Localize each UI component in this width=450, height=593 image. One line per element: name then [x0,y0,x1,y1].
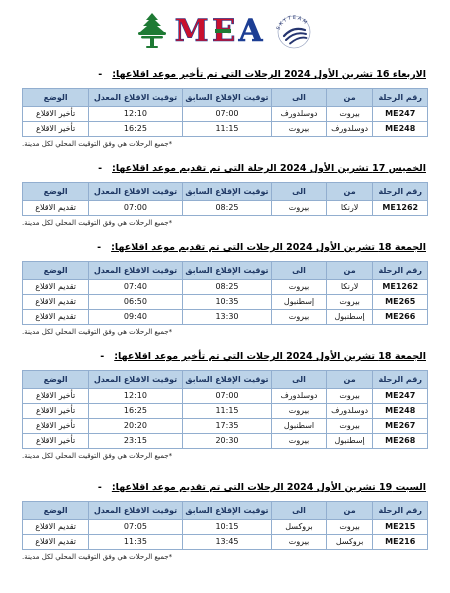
from-cell: بيروت [326,295,373,310]
previous-time-cell: 13:30 [182,310,272,325]
table-row: ME1262 لارنكا بيروت 08:25 07:40 تقديم ال… [23,280,428,295]
from-cell: لارنكا [326,201,373,216]
to-cell: بيروت [272,201,327,216]
flight-number-cell: ME248 [373,122,428,137]
table-row: ME247 بيروت دوسلدورف 07:00 12:10 تأخير ا… [23,107,428,122]
col-header-status: الوضع [23,371,89,389]
to-cell: دوسلدورف [272,389,327,404]
new-time-cell: 07:05 [89,520,182,535]
local-time-footnote: *جميع الرحلات هي وفق التوقيت المحلي لكل … [22,219,426,227]
new-time-cell: 11:35 [89,535,182,550]
previous-time-cell: 07:00 [182,107,272,122]
flight-number-cell: ME1262 [373,201,428,216]
from-cell: بيروت [326,107,373,122]
from-cell: لارنكا [326,280,373,295]
heading-text: الاربعاء 16 تشرين الأول 2024 الرحلات الت… [112,69,426,80]
col-header-new-time: توقيت الاقلاع المعدل [89,183,182,201]
from-cell: بيروت [326,419,373,434]
new-time-cell: 12:10 [89,107,182,122]
col-header-from: من [326,183,373,201]
previous-time-cell: 08:25 [182,201,272,216]
section-heading: - الاربعاء 16 تشرين الأول 2024 الرحلات ا… [22,69,426,80]
heading-dash: - [98,69,102,80]
status-cell: تقديم الاقلاع [23,280,89,295]
status-cell: تأخير الاقلاع [23,107,89,122]
to-cell: بروكسل [272,520,327,535]
from-cell: إسطنبول [326,434,373,449]
table-header-row: رقم الرحلة من الى توقيت الإقلاع السابق ت… [23,89,428,107]
local-time-footnote: *جميع الرحلات هي وفق التوقيت المحلي لكل … [22,452,426,460]
table-row: ME267 بيروت اسطنبول 17:35 20:20 تأخير ال… [23,419,428,434]
to-cell: بيروت [272,310,327,325]
from-cell: بيروت [326,520,373,535]
section-oct18-delayed: - الجمعة 18 تشرين الأول 2024 الرحلات الت… [22,351,428,460]
section-heading: - الجمعة 18 تشرين الأول 2024 الرحلات الت… [22,351,426,362]
new-time-cell: 16:25 [89,122,182,137]
heading-text: الخميس 17 تشرين الأول 2024 الرحلة التي ت… [112,163,426,174]
to-cell: دوسلدورف [272,107,327,122]
from-cell: بروكسل [326,535,373,550]
col-header-status: الوضع [23,183,89,201]
col-header-flight-number: رقم الرحلة [373,183,428,201]
section-oct19-advanced: - السبت 19 تشرين الأول 2024 الرحلات التي… [22,482,428,561]
heading-dash: - [100,351,104,362]
flights-table: رقم الرحلة من الى توقيت الإقلاع السابق ت… [22,370,428,449]
new-time-cell: 06:50 [89,295,182,310]
mea-wordmark: MEA [174,16,265,47]
section-heading: - الخميس 17 تشرين الأول 2024 الرحلة التي… [22,163,426,174]
table-row: ME248 دوسلدورف بيروت 11:15 16:25 تأخير ا… [23,404,428,419]
to-cell: بيروت [272,280,327,295]
table-row: ME268 إسطنبول بيروت 20:30 23:15 تأخير ال… [23,434,428,449]
section-heading: - الجمعة 18 تشرين الأول 2024 الرحلات الت… [22,242,426,253]
heading-dash: - [98,482,102,493]
skyteam-logo-icon: SKYTEAM [274,11,314,51]
col-header-to: الى [272,502,327,520]
col-header-previous-time: توقيت الإقلاع السابق [182,89,272,107]
new-time-cell: 20:20 [89,419,182,434]
to-cell: بيروت [272,122,327,137]
col-header-new-time: توقيت الاقلاع المعدل [89,262,182,280]
col-header-from: من [326,89,373,107]
status-cell: تأخير الاقلاع [23,389,89,404]
flight-number-cell: ME247 [373,389,428,404]
mea-letter-a: A [238,16,265,47]
col-header-previous-time: توقيت الإقلاع السابق [182,183,272,201]
table-header-row: رقم الرحلة من الى توقيت الإقلاع السابق ت… [23,502,428,520]
flight-number-cell: ME268 [373,434,428,449]
col-header-new-time: توقيت الاقلاع المعدل [89,502,182,520]
previous-time-cell: 13:45 [182,535,272,550]
col-header-flight-number: رقم الرحلة [373,89,428,107]
new-time-cell: 16:25 [89,404,182,419]
flight-number-cell: ME215 [373,520,428,535]
new-time-cell: 12:10 [89,389,182,404]
table-row: ME265 بيروت إسطنبول 10:35 06:50 تقديم ال… [23,295,428,310]
section-heading: - السبت 19 تشرين الأول 2024 الرحلات التي… [22,482,426,493]
status-cell: تقديم الاقلاع [23,310,89,325]
col-header-to: الى [272,371,327,389]
col-header-status: الوضع [23,89,89,107]
to-cell: إسطنبول [272,295,327,310]
local-time-footnote: *جميع الرحلات هي وفق التوقيت المحلي لكل … [22,140,426,148]
col-header-to: الى [272,183,327,201]
heading-text: الجمعة 18 تشرين الأول 2024 الرحلات التي … [114,351,426,362]
section-oct16-delayed: - الاربعاء 16 تشرين الأول 2024 الرحلات ا… [22,69,428,148]
col-header-from: من [326,502,373,520]
col-header-flight-number: رقم الرحلة [373,262,428,280]
to-cell: بيروت [272,535,327,550]
status-cell: تأخير الاقلاع [23,404,89,419]
from-cell: دوسلدورف [326,122,373,137]
status-cell: تأخير الاقلاع [23,434,89,449]
status-cell: تقديم الاقلاع [23,520,89,535]
heading-text: السبت 19 تشرين الأول 2024 الرحلات التي ت… [112,482,426,493]
col-header-status: الوضع [23,262,89,280]
previous-time-cell: 20:30 [182,434,272,449]
col-header-previous-time: توقيت الإقلاع السابق [182,371,272,389]
section-oct17-advanced: - الخميس 17 تشرين الأول 2024 الرحلة التي… [22,163,428,227]
table-row: ME248 دوسلدورف بيروت 11:15 16:25 تأخير ا… [23,122,428,137]
to-cell: اسطنبول [272,419,327,434]
flight-number-cell: ME247 [373,107,428,122]
table-row: ME215 بيروت بروكسل 10:15 07:05 تقديم الا… [23,520,428,535]
flights-table: رقم الرحلة من الى توقيت الإقلاع السابق ت… [22,501,428,550]
status-cell: تأخير الاقلاع [23,122,89,137]
previous-time-cell: 10:35 [182,295,272,310]
from-cell: دوسلدورف [326,404,373,419]
col-header-previous-time: توقيت الإقلاع السابق [182,502,272,520]
status-cell: تقديم الاقلاع [23,535,89,550]
table-row: ME1262 لارنكا بيروت 08:25 07:00 تقديم ال… [23,201,428,216]
from-cell: إسطنبول [326,310,373,325]
col-header-new-time: توقيت الاقلاع المعدل [89,89,182,107]
section-oct18-advanced: - الجمعة 18 تشرين الأول 2024 الرحلات الت… [22,242,428,336]
table-row: ME216 بروكسل بيروت 13:45 11:35 تقديم الا… [23,535,428,550]
new-time-cell: 09:40 [89,310,182,325]
flights-table: رقم الرحلة من الى توقيت الإقلاع السابق ت… [22,261,428,325]
col-header-previous-time: توقيت الإقلاع السابق [182,262,272,280]
heading-text: الجمعة 18 تشرين الأول 2024 الرحلات التي … [111,242,426,253]
local-time-footnote: *جميع الرحلات هي وفق التوقيت المحلي لكل … [22,328,426,336]
col-header-flight-number: رقم الرحلة [373,502,428,520]
flight-number-cell: ME266 [373,310,428,325]
flights-table: رقم الرحلة من الى توقيت الإقلاع السابق ت… [22,182,428,216]
flight-number-cell: ME265 [373,295,428,310]
previous-time-cell: 08:25 [182,280,272,295]
flight-number-cell: ME248 [373,404,428,419]
col-header-flight-number: رقم الرحلة [373,371,428,389]
local-time-footnote: *جميع الرحلات هي وفق التوقيت المحلي لكل … [22,553,426,561]
new-time-cell: 07:00 [89,201,182,216]
flight-number-cell: ME267 [373,419,428,434]
table-header-row: رقم الرحلة من الى توقيت الإقلاع السابق ت… [23,262,428,280]
previous-time-cell: 11:15 [182,122,272,137]
mea-letter-m: M [174,16,211,47]
to-cell: بيروت [272,404,327,419]
previous-time-cell: 11:15 [182,404,272,419]
table-row: ME247 بيروت دوسلدورف 07:00 12:10 تأخير ا… [23,389,428,404]
heading-dash: - [97,242,101,253]
flight-number-cell: ME216 [373,535,428,550]
heading-dash: - [98,163,102,174]
table-row: ME266 إسطنبول بيروت 13:30 09:40 تقديم ال… [23,310,428,325]
new-time-cell: 07:40 [89,280,182,295]
to-cell: بيروت [272,434,327,449]
mea-logo: MEA SKYTEAM [22,8,428,54]
previous-time-cell: 17:35 [182,419,272,434]
flight-number-cell: ME1262 [373,280,428,295]
status-cell: تأخير الاقلاع [23,419,89,434]
status-cell: تقديم الاقلاع [23,295,89,310]
table-header-row: رقم الرحلة من الى توقيت الإقلاع السابق ت… [23,183,428,201]
flights-table: رقم الرحلة من الى توقيت الإقلاع السابق ت… [22,88,428,137]
col-header-status: الوضع [23,502,89,520]
col-header-to: الى [272,262,327,280]
col-header-new-time: توقيت الاقلاع المعدل [89,371,182,389]
cedar-tree-icon [136,13,168,49]
previous-time-cell: 10:15 [182,520,272,535]
col-header-to: الى [272,89,327,107]
from-cell: بيروت [326,389,373,404]
table-header-row: رقم الرحلة من الى توقيت الإقلاع السابق ت… [23,371,428,389]
mea-letter-e: E [212,16,239,47]
status-cell: تقديم الاقلاع [23,201,89,216]
new-time-cell: 23:15 [89,434,182,449]
col-header-from: من [326,262,373,280]
col-header-from: من [326,371,373,389]
previous-time-cell: 07:00 [182,389,272,404]
